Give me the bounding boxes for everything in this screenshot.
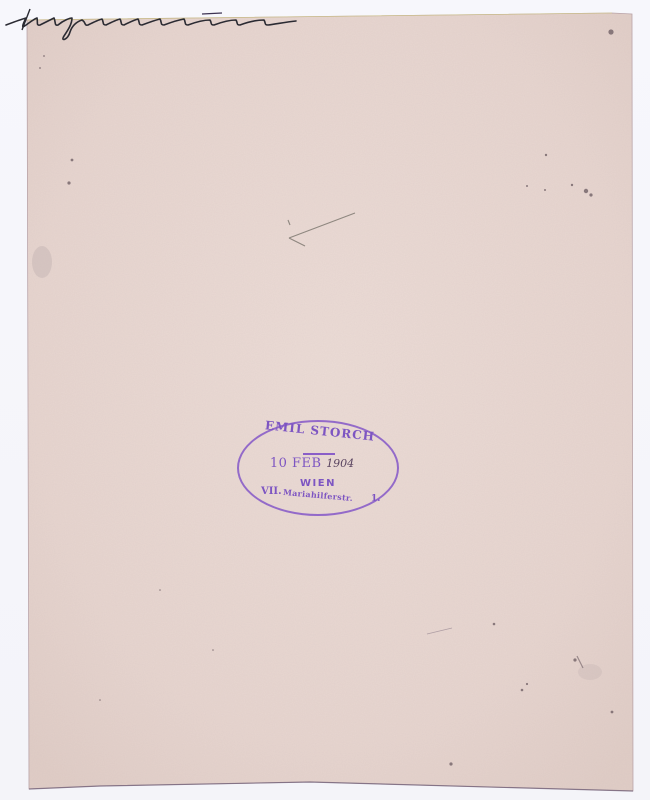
card-paper (0, 0, 650, 800)
stamp-date-printed: 10 FEB (270, 456, 326, 471)
stamp-date-year-handwritten: 1904 (326, 457, 354, 470)
photographer-stamp: EMIL STORCH 10 FEB 1904 WIEN VII. Mariah… (237, 420, 399, 516)
photo-card-back: Angenommen EMIL STORCH 10 FEB 1904 WIEN … (0, 0, 650, 800)
stamp-divider (303, 453, 335, 455)
stamp-date: 10 FEB 1904 (231, 456, 393, 471)
handwritten-annotation (0, 0, 300, 45)
stamp-house-number: 1. (371, 494, 380, 504)
